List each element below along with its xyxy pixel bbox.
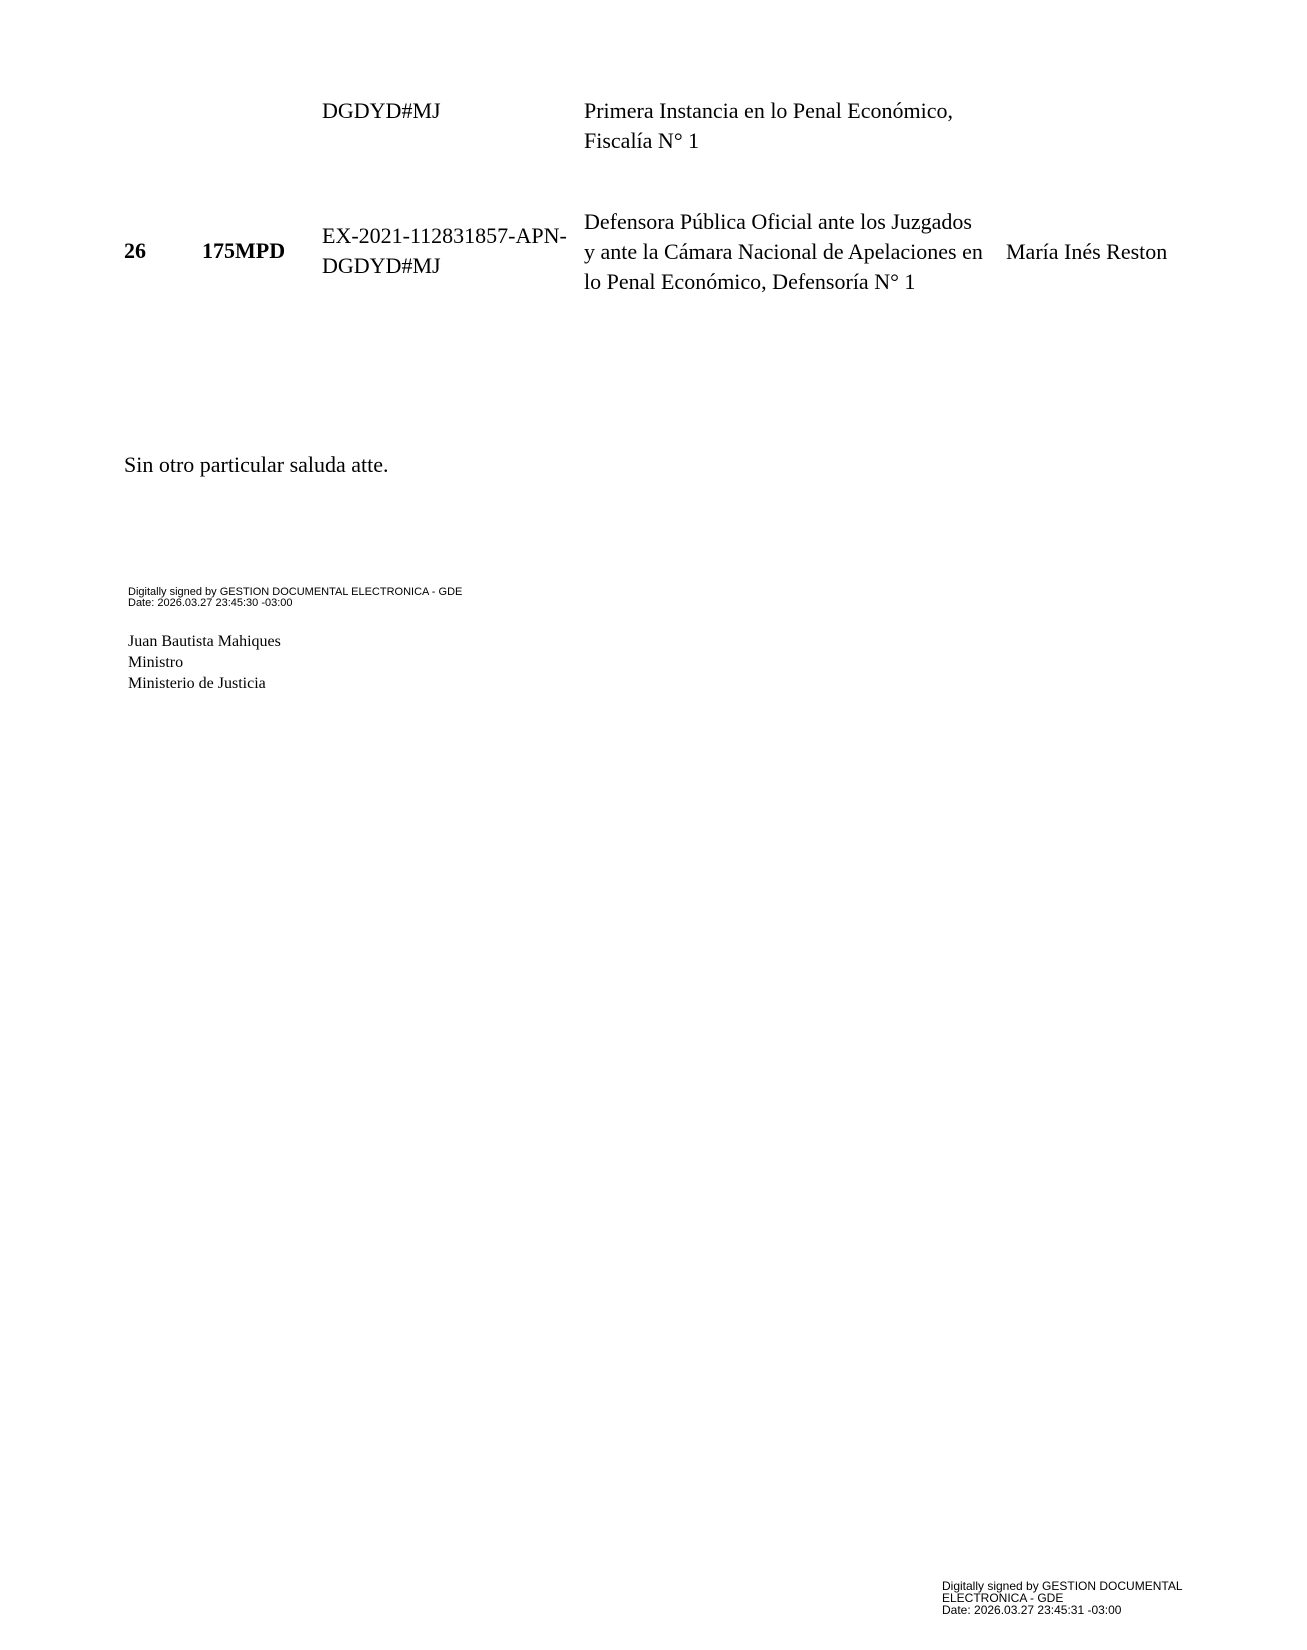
row-code: 175MPD <box>202 236 285 266</box>
organo-cell-line: Fiscalía N° 1 <box>584 126 699 156</box>
expediente-cell-line: EX-2021-112831857-APN- <box>322 221 567 251</box>
expediente-cell-line: DGDYD#MJ <box>322 251 441 281</box>
titular-cell: María Inés Reston <box>1006 237 1167 267</box>
row-number: 26 <box>124 236 146 266</box>
organo-cell-line: Primera Instancia en lo Penal Económico, <box>584 96 953 126</box>
footer-signature-date: Date: 2026.03.27 23:45:31 -03:00 <box>942 1604 1121 1616</box>
organo-cell-line: Defensora Pública Oficial ante los Juzga… <box>584 207 972 237</box>
closing-text: Sin otro particular saluda atte. <box>124 450 389 480</box>
organo-cell-line: lo Penal Económico, Defensoría N° 1 <box>584 267 915 297</box>
digital-signature-date: Date: 2026.03.27 23:45:30 -03:00 <box>128 598 293 609</box>
organo-cell-line: y ante la Cámara Nacional de Apelaciones… <box>584 237 983 267</box>
expediente-cell: DGDYD#MJ <box>322 96 441 126</box>
signer-name: Juan Bautista Mahiques <box>128 631 281 652</box>
signer-organization: Ministerio de Justicia <box>128 673 266 694</box>
signer-role: Ministro <box>128 652 183 673</box>
